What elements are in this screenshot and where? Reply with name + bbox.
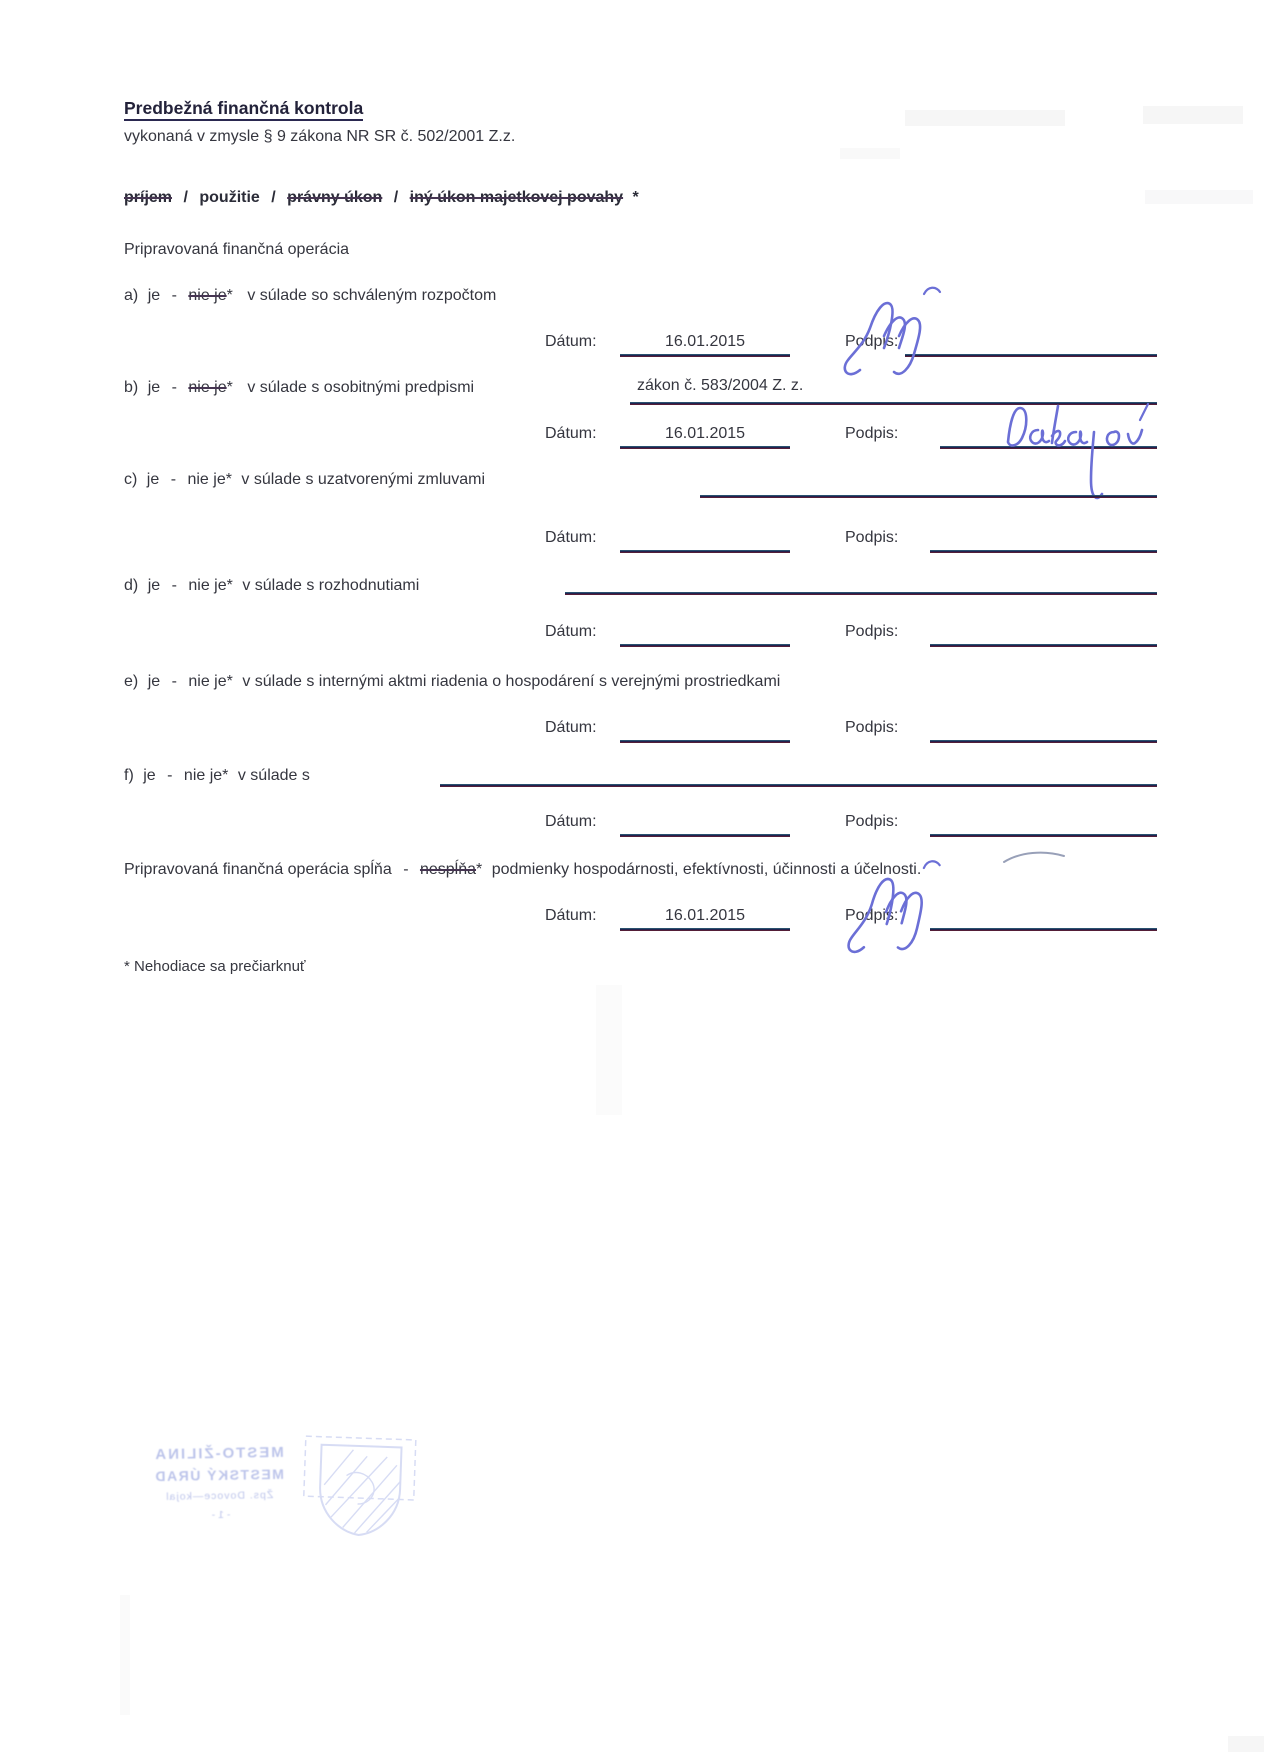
asterisk: *: [227, 673, 233, 690]
item-text: v súlade s internými aktmi riadenia o ho…: [242, 673, 780, 690]
item-je: je: [148, 673, 160, 690]
item-row-d: d) je - nie je* v súlade s rozhodnutiami: [124, 576, 419, 595]
item-row-f: f) je - nie je* v súlade s: [124, 766, 310, 785]
asterisk: *: [633, 189, 639, 206]
scanned-document-page: Predbežná finančná kontrola vykonaná v z…: [0, 0, 1264, 1752]
item-text: v súlade s osobitnými predpismi: [247, 379, 474, 396]
stamp-line: MESTSKÝ ÚRAD: [124, 1466, 314, 1483]
date-line: [620, 354, 790, 357]
item-nie-je: nie je: [188, 287, 226, 304]
fill-in-line: [440, 784, 1157, 787]
date-label: Dátum:: [545, 906, 597, 925]
item-letter: f): [124, 767, 134, 784]
summary-text-before: Pripravovaná finančná operácia spĺňa: [124, 861, 392, 878]
date-label: Dátum:: [545, 332, 597, 351]
signature-label: Podpis:: [845, 622, 898, 641]
signature-line: [930, 834, 1157, 837]
slash-separator: /: [183, 189, 187, 206]
item-je: je: [148, 287, 160, 304]
item-letter: b): [124, 379, 138, 396]
scan-artifact: [120, 1595, 130, 1715]
scan-artifact: [596, 985, 622, 1115]
asterisk: *: [222, 767, 228, 784]
stamp-line: Žps. Dovoce—kojal: [124, 1489, 314, 1503]
item-je: je: [148, 577, 160, 594]
asterisk: *: [227, 577, 233, 594]
scan-artifact: [905, 110, 1065, 126]
fill-in-line: [700, 495, 1157, 498]
date-line: [620, 446, 790, 449]
operation-type-prijem: príjem: [124, 189, 172, 206]
law-reference-handnote: zákon č. 583/2004 Z. z.: [637, 376, 803, 395]
pencil-mark: [1000, 850, 1070, 866]
document-title: Predbežná finančná kontrola: [124, 98, 363, 121]
item-dash: -: [171, 471, 176, 488]
operation-type-pouzitie: použitie: [199, 189, 259, 206]
scan-artifact: [1143, 106, 1243, 124]
item-letter: e): [124, 673, 138, 690]
item-dash: -: [167, 767, 172, 784]
item-text: v súlade so schváleným rozpočtom: [247, 287, 496, 304]
legal-reference: vykonaná v zmysle § 9 zákona NR SR č. 50…: [124, 127, 515, 146]
asterisk: *: [226, 471, 232, 488]
scan-artifact: [840, 148, 900, 159]
asterisk: *: [227, 379, 233, 396]
item-dash: -: [172, 577, 177, 594]
signature-label: Podpis:: [845, 718, 898, 737]
signature-ink-a: [838, 276, 1008, 391]
signature-label: Podpis:: [845, 424, 898, 443]
scan-artifact: [1145, 190, 1253, 204]
stamp-line: -1-: [124, 1508, 314, 1522]
summary-row: Pripravovaná finančná operácia spĺňa - n…: [124, 860, 921, 879]
signature-line: [930, 740, 1157, 743]
item-nie-je: nie je: [188, 577, 226, 594]
item-row-c: c) je - nie je* v súlade s uzatvorenými …: [124, 470, 485, 489]
stamp-shield-coat-of-arms: [294, 1434, 422, 1548]
operation-type-pravny-ukon: právny úkon: [287, 189, 382, 206]
signature-label: Podpis:: [845, 528, 898, 547]
date-label: Dátum:: [545, 812, 597, 831]
signature-line: [930, 644, 1157, 647]
item-dash: -: [172, 673, 177, 690]
signature-line: [930, 550, 1157, 553]
scan-artifact: [1228, 1736, 1264, 1752]
date-line: [620, 834, 790, 837]
date-value: 16.01.2015: [620, 332, 790, 351]
signature-label: Podpis:: [845, 812, 898, 831]
date-line: [620, 928, 790, 931]
asterisk: *: [476, 861, 482, 878]
item-nie-je: nie je: [187, 471, 225, 488]
stamp-mirrored-text: MESTO-ŽILINA MESTSKÝ ÚRAD Žps. Dovoce—ko…: [123, 1444, 314, 1521]
date-value: 16.01.2015: [620, 424, 790, 443]
item-text: v súlade s: [238, 767, 310, 784]
date-label: Dátum:: [545, 528, 597, 547]
item-text: v súlade s uzatvorenými zmluvami: [241, 471, 485, 488]
item-nie-je: nie je: [188, 673, 226, 690]
date-line: [620, 644, 790, 647]
signature-ink-summary: [837, 848, 1013, 972]
item-letter: d): [124, 577, 138, 594]
item-letter: c): [124, 471, 137, 488]
slash-separator: /: [271, 189, 275, 206]
item-nie-je: nie je: [184, 767, 222, 784]
operation-type-iny-ukon: iný úkon majetkovej povahy: [410, 189, 623, 206]
operation-type-row: príjem / použitie / právny úkon / iný úk…: [124, 188, 639, 207]
slash-separator: /: [394, 189, 398, 206]
date-line: [620, 740, 790, 743]
item-text: v súlade s rozhodnutiami: [242, 577, 419, 594]
date-value: 16.01.2015: [620, 906, 790, 925]
date-label: Dátum:: [545, 424, 597, 443]
date-label: Dátum:: [545, 718, 597, 737]
item-je: je: [147, 471, 159, 488]
item-nie-je: nie je: [188, 379, 226, 396]
footnote: * Nehodiace sa prečiarknuť: [124, 958, 306, 976]
summary-dash: -: [403, 861, 408, 878]
item-row-e: e) je - nie je* v súlade s internými akt…: [124, 672, 780, 691]
fill-in-line: [565, 592, 1157, 595]
section-heading: Pripravovaná finančná operácia: [124, 240, 349, 259]
date-label: Dátum:: [545, 622, 597, 641]
item-row-a: a) je - nie je* v súlade so schváleným r…: [124, 286, 496, 305]
item-letter: a): [124, 287, 138, 304]
item-dash: -: [172, 287, 177, 304]
stamp-line: MESTO-ŽILINA: [123, 1444, 313, 1462]
item-dash: -: [172, 379, 177, 396]
date-line: [620, 550, 790, 553]
item-je: je: [143, 767, 155, 784]
item-row-b: b) je - nie je* v súlade s osobitnými pr…: [124, 378, 474, 397]
summary-nesplna: nespĺňa: [420, 861, 476, 878]
item-je: je: [148, 379, 160, 396]
asterisk: *: [227, 287, 233, 304]
